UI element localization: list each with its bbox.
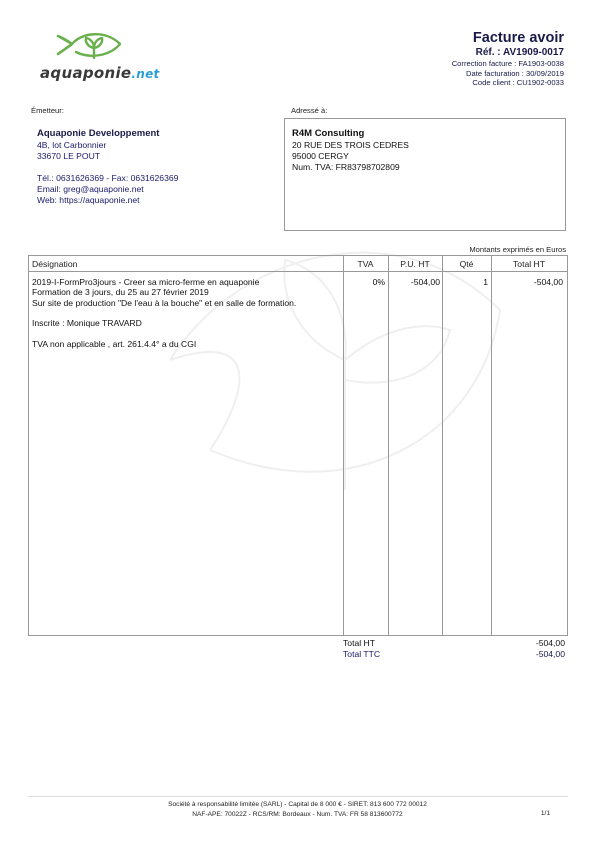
line-unit-price: -504,00 (388, 277, 440, 287)
sender-web: Web: https://aquaponie.net (37, 195, 178, 206)
recipient-address-line2: 95000 CERGY (292, 151, 409, 162)
legal-footer: Société à responsabilité limitée (SARL) … (0, 800, 595, 820)
footer-line1: Société à responsabilité limitée (SARL) … (0, 800, 595, 810)
sender-block: Aquaponie Developpement 4B, lot Carbonni… (37, 128, 178, 206)
total-ht-value: -504,00 (536, 638, 565, 649)
invoice-lines-table: Désignation TVA P.U. HT Qté Total HT 201… (28, 255, 568, 636)
fish-sprout-logo-icon (54, 28, 124, 62)
logo-wordmark: aquaponie.net (40, 64, 160, 82)
recipient-vat: Num. TVA: FR83798702809 (292, 162, 409, 173)
recipient-address-line1: 20 RUE DES TROIS CEDRES (292, 140, 409, 151)
sender-address-line2: 33670 LE POUT (37, 151, 178, 162)
line-qty: 1 (442, 277, 488, 287)
table-header: Désignation TVA P.U. HT Qté Total HT (29, 256, 567, 272)
line-total: -504,00 (491, 277, 563, 287)
footer-line2: NAF-APE: 70022Z - RCS/RM: Bordeaux - Num… (0, 810, 595, 820)
header-unit-price: P.U. HT (388, 259, 442, 269)
sender-name: Aquaponie Developpement (37, 128, 178, 140)
sender-email: Email: greg@aquaponie.net (37, 184, 178, 195)
sender-phone-fax: Tél.: 0631626369 - Fax: 0631626369 (37, 173, 178, 184)
recipient-box: R4M Consulting 20 RUE DES TROIS CEDRES 9… (284, 118, 566, 231)
total-ttc-label: Total TTC (343, 649, 380, 660)
total-ht-label: Total HT (343, 638, 375, 649)
description-line: TVA non applicable , art. 261.4.4° a du … (32, 339, 342, 349)
correction-invoice: Correction facture : FA1903-0038 (452, 59, 564, 69)
document-title: Facture avoir (452, 30, 564, 46)
company-logo: aquaponie.net (40, 28, 140, 88)
header-designation: Désignation (32, 259, 77, 269)
recipient-label: Adressé à: (291, 106, 327, 115)
page-number: 1/1 (541, 810, 550, 817)
client-code: Code client : CU1902-0033 (452, 78, 564, 88)
total-ttc-value: -504,00 (536, 649, 565, 660)
recipient-name: R4M Consulting (292, 128, 409, 140)
description-line: Formation de 3 jours, du 25 au 27 févrie… (32, 287, 342, 297)
description-line (32, 308, 342, 318)
currency-note: Montants exprimés en Euros (469, 245, 566, 254)
header-total: Total HT (491, 259, 567, 269)
description-line: Inscrite : Monique TRAVARD (32, 318, 342, 328)
footer-divider (28, 796, 568, 797)
invoice-header: Facture avoir Réf. : AV1909-0017 Correct… (452, 30, 564, 88)
invoice-date: Date facturation : 30/09/2019 (452, 69, 564, 79)
description-line: 2019-I-FormPro3jours - Creer sa micro-fe… (32, 277, 342, 287)
line-description: 2019-I-FormPro3jours - Creer sa micro-fe… (32, 277, 342, 349)
description-line (32, 328, 342, 338)
header-qty: Qté (442, 259, 491, 269)
sender-label: Émetteur: (31, 106, 64, 115)
document-reference: Réf. : AV1909-0017 (452, 47, 564, 59)
header-tva: TVA (343, 259, 388, 269)
line-tva: 0% (343, 277, 385, 287)
description-line: Sur site de production "De l'eau à la bo… (32, 298, 342, 308)
sender-address-line1: 4B, lot Carbonnier (37, 140, 178, 151)
